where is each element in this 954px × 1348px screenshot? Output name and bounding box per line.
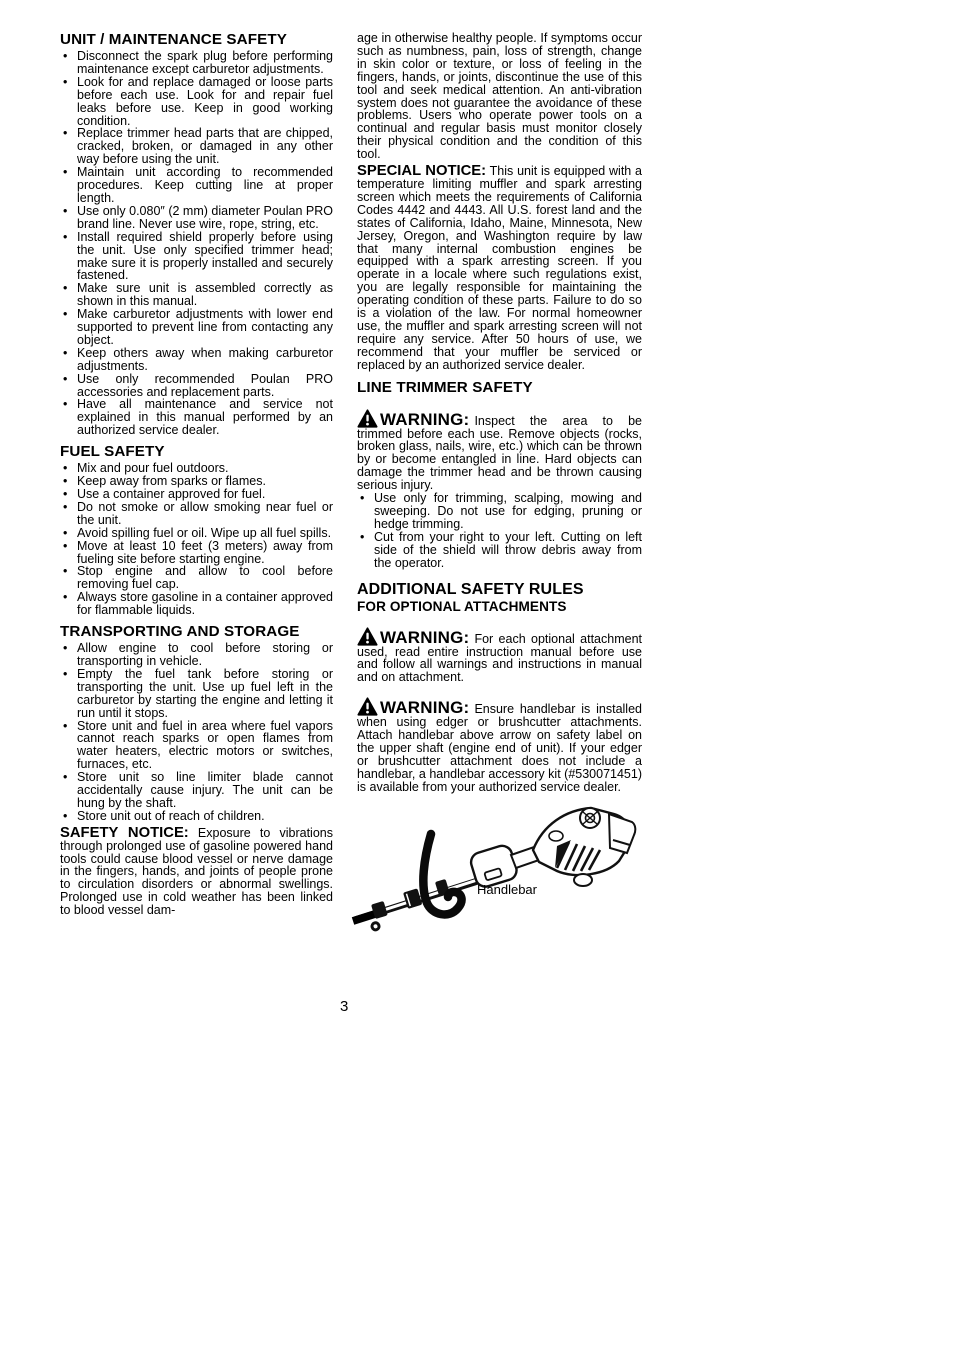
list-item: Use only for trimming, scalping, mowing … [357, 492, 642, 531]
figure-label-handlebar: Handlebar [477, 884, 537, 897]
section-heading-fuel-safety: FUEL SAFETY [60, 444, 333, 460]
list-item: Allow engine to cool before storing or t… [60, 642, 333, 668]
warning-triangle-icon [357, 697, 378, 716]
list-item: Always store gasoline in a container app… [60, 591, 333, 617]
section-subheading-optional-attachments: FOR OPTIONAL ATTACHMENTS [357, 599, 642, 614]
safety-notice-text: Exposure to vibrations through prolonged… [60, 826, 333, 917]
list-item: Move at least 10 feet (3 meters) away fr… [60, 540, 333, 566]
list-item: Empty the fuel tank before storing or tr… [60, 668, 333, 720]
list-item: Replace trimmer head parts that are chip… [60, 127, 333, 166]
section-heading-line-trimmer-safety: LINE TRIMMER SAFETY [357, 380, 642, 396]
warning-paragraph-line-trimmer: WARNING:Inspect the area to be trimmed b… [357, 409, 642, 493]
list-item: Use only 0.080″ (2 mm) diameter Poulan P… [60, 205, 333, 231]
list-item: Store unit and fuel in area where fuel v… [60, 720, 333, 772]
manual-page: UNIT / MAINTENANCE SAFETY Disconnect the… [0, 0, 954, 1348]
list-item: Make sure unit is assembled correctly as… [60, 282, 333, 308]
list-item: Cut from your right to your left. Cuttin… [357, 531, 642, 570]
vibration-continuation-paragraph: age in otherwise healthy people. If symp… [357, 32, 642, 161]
list-item: Look for and replace damaged or loose pa… [60, 76, 333, 128]
list-item: Install required shield properly before … [60, 231, 333, 283]
list-item: Maintain unit according to recommended p… [60, 166, 333, 205]
list-item: Have all maintenance and service not exp… [60, 398, 333, 437]
right-column: age in otherwise healthy people. If symp… [357, 32, 642, 934]
list-item: Avoid spilling fuel or oil. Wipe up all … [60, 527, 333, 540]
list-item: Use a container approved for fuel. [60, 488, 333, 501]
list-item: Keep others away when making carburetor … [60, 347, 333, 373]
warning-triangle-icon [357, 409, 378, 428]
section-heading-transporting-storage: TRANSPORTING AND STORAGE [60, 624, 333, 640]
transporting-bullet-list: Allow engine to cool before storing or t… [60, 642, 333, 823]
unit-maintenance-bullet-list: Disconnect the spark plug before perform… [60, 50, 333, 437]
page-number: 3 [340, 998, 348, 1015]
section-heading-unit-maintenance-safety: UNIT / MAINTENANCE SAFETY [60, 32, 333, 48]
list-item: Use only recommended Poulan PRO accessor… [60, 373, 333, 399]
fuel-safety-bullet-list: Mix and pour fuel outdoors. Keep away fr… [60, 462, 333, 617]
warning-triangle-icon [357, 627, 378, 646]
section-heading-additional-safety-rules: ADDITIONAL SAFETY RULES [357, 581, 642, 599]
line-trimmer-bullet-list: Use only for trimming, scalping, mowing … [357, 492, 642, 569]
left-column: UNIT / MAINTENANCE SAFETY Disconnect the… [60, 32, 333, 917]
trimmer-illustration [351, 798, 643, 934]
special-notice-text: This unit is equipped with a temperature… [357, 164, 642, 372]
trimmer-handlebar-figure: Handlebar [351, 798, 643, 934]
warning-text: Ensure handlebar is installed when using… [357, 702, 642, 794]
list-item: Store unit so line limiter blade cannot … [60, 771, 333, 810]
list-item: Store unit out of reach of children. [60, 810, 333, 823]
warning-paragraph-handlebar: WARNING:Ensure handlebar is installed wh… [357, 697, 642, 793]
list-item: Disconnect the spark plug before perform… [60, 50, 333, 76]
safety-notice-paragraph: SAFETY NOTICE: Exposure to vibrations th… [60, 827, 333, 917]
warning-paragraph-attachments: WARNING:For each optional attachment use… [357, 627, 642, 685]
special-notice-paragraph: SPECIAL NOTICE: This unit is equipped wi… [357, 165, 642, 372]
list-item: Stop engine and allow to cool before rem… [60, 565, 333, 591]
list-item: Do not smoke or allow smoking near fuel … [60, 501, 333, 527]
list-item: Make carburetor adjustments with lower e… [60, 308, 333, 347]
